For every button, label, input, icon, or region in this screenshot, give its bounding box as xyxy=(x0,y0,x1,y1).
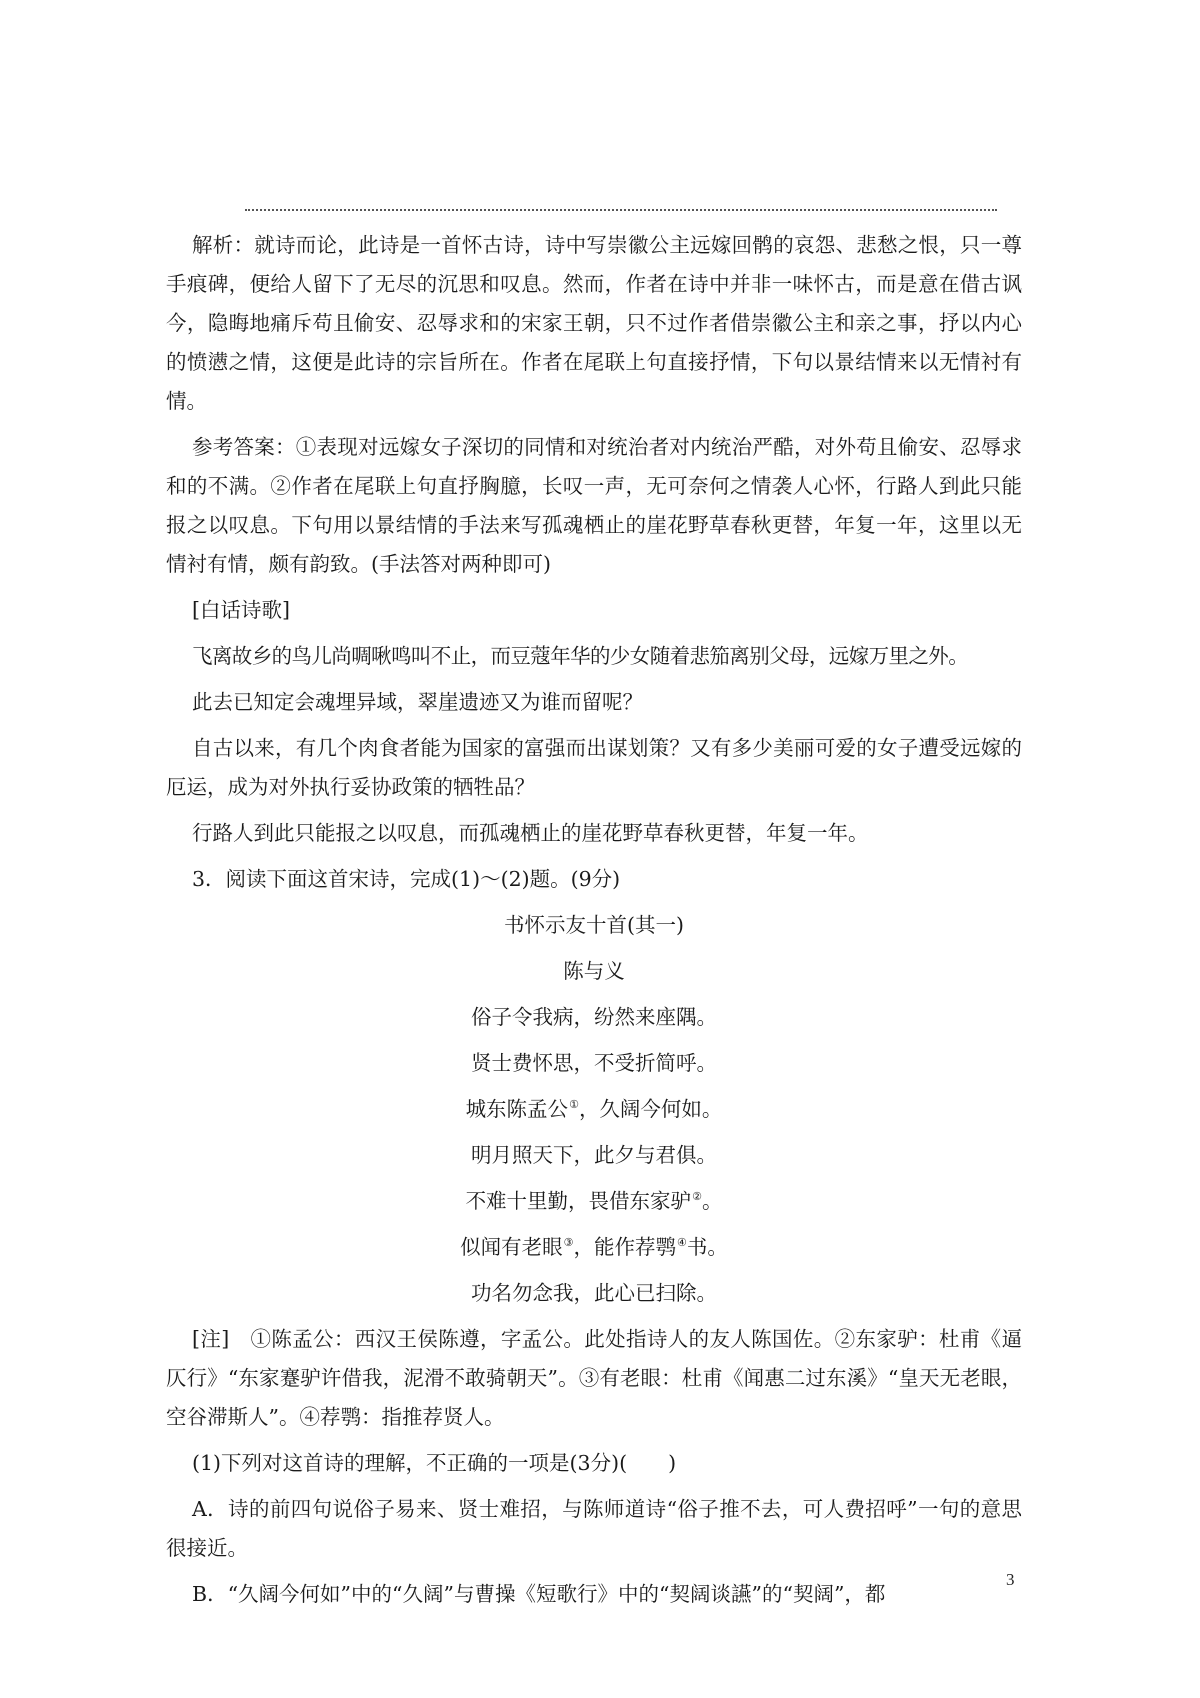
vernacular-line: 行路人到此只能报之以叹息，而孤魂栖止的崖花野草春秋更替，年复一年。 xyxy=(166,814,1022,853)
poem-line-text: 不难十里勤，畏借东家驴 xyxy=(466,1189,692,1213)
poem-line-text: ，久阔今何如。 xyxy=(579,1097,723,1121)
option-b: B．“久阔今何如”中的“久阔”与曹操《短歌行》中的“契阔谈讌”的“契阔”，都 xyxy=(166,1575,1022,1614)
poem-line-text: 俗子令我病，纷然来座隅。 xyxy=(471,1005,717,1029)
poem-line: 不难十里勤，畏借东家驴②。 xyxy=(166,1182,1022,1221)
poem-line: 贤士费怀思，不受折简呼。 xyxy=(166,1044,1022,1083)
reference-answer-paragraph: 参考答案：①表现对远嫁女子深切的同情和对统治者对内统治严酷，对外苟且偷安、忍辱求… xyxy=(166,428,1022,584)
analysis-paragraph: 解析：就诗而论，此诗是一首怀古诗，诗中写崇徽公主远嫁回鹘的哀怨、悲愁之恨，只一尊… xyxy=(166,226,1022,421)
reference-answer-label: 参考答案： xyxy=(192,435,296,459)
footnote-marker: ① xyxy=(569,1098,579,1111)
vernacular-heading: [白话诗歌] xyxy=(166,591,1022,630)
option-b-text: “久阔今何如”中的“久阔”与曹操《短歌行》中的“契阔谈讌”的“契阔”，都 xyxy=(228,1582,886,1606)
notes-label: [注] xyxy=(192,1327,229,1351)
analysis-label: 解析： xyxy=(192,233,254,257)
notes-text: ①陈孟公：西汉王侯陈遵，字孟公。此处指诗人的友人陈国佐。②东家驴：杜甫《逼仄行》… xyxy=(166,1327,1022,1429)
poem-line-text: 贤士费怀思，不受折简呼。 xyxy=(471,1051,717,1075)
vernacular-line: 自古以来，有几个肉食者能为国家的富强而出谋划策？又有多少美丽可爱的女子遭受远嫁的… xyxy=(166,729,1022,807)
option-a: A．诗的前四句说俗子易来、贤士难招，与陈师道诗“俗子推不去，可人费招呼”一句的意… xyxy=(166,1490,1022,1568)
poem-author: 陈与义 xyxy=(166,952,1022,991)
poem-line-text: 。 xyxy=(702,1189,723,1213)
poem-line: 似闻有老眼③，能作荐鹗④书。 xyxy=(166,1228,1022,1267)
poem-line-text: 城东陈孟公 xyxy=(466,1097,569,1121)
footnote-marker: ④ xyxy=(677,1236,687,1249)
poem-notes: [注] ①陈孟公：西汉王侯陈遵，字孟公。此处指诗人的友人陈国佐。②东家驴：杜甫《… xyxy=(166,1320,1022,1437)
poem-line: 俗子令我病，纷然来座隅。 xyxy=(166,998,1022,1037)
poem-line: 明月照天下，此夕与君俱。 xyxy=(166,1136,1022,1175)
poem-line-text: 书。 xyxy=(687,1235,728,1259)
page-number: 3 xyxy=(1006,1570,1015,1590)
option-a-text: 诗的前四句说俗子易来、贤士难招，与陈师道诗“俗子推不去，可人费招呼”一句的意思很… xyxy=(166,1497,1022,1560)
document-page: 解析：就诗而论，此诗是一首怀古诗，诗中写崇徽公主远嫁回鹘的哀怨、悲愁之恨，只一尊… xyxy=(0,0,1200,1698)
sub-question-1-prompt: (1)下列对这首诗的理解，不正确的一项是(3分)( ) xyxy=(166,1444,1022,1483)
vernacular-line: 此去已知定会魂埋异域，翠崖遗迹又为谁而留呢？ xyxy=(166,683,1022,722)
page-content: 解析：就诗而论，此诗是一首怀古诗，诗中写崇徽公主远嫁回鹘的哀怨、悲愁之恨，只一尊… xyxy=(166,226,1022,1621)
poem-line-text: ，能作荐鹗 xyxy=(574,1235,677,1259)
poem-line-text: 功名勿念我，此心已扫除。 xyxy=(471,1281,717,1305)
vernacular-line: 飞离故乡的鸟儿尚啁啾鸣叫不止，而豆蔻年华的少女随着悲笳离别父母，远嫁万里之外。 xyxy=(166,637,1022,676)
option-a-label: A． xyxy=(192,1497,228,1521)
option-b-label: B． xyxy=(192,1582,228,1606)
footnote-marker: ② xyxy=(692,1190,702,1203)
question-3-prompt: 3．阅读下面这首宋诗，完成(1)～(2)题。(9分) xyxy=(166,860,1022,899)
poem-line-text: 明月照天下，此夕与君俱。 xyxy=(471,1143,717,1167)
poem-line: 城东陈孟公①，久阔今何如。 xyxy=(166,1090,1022,1129)
footnote-marker: ③ xyxy=(564,1236,574,1249)
poem-title: 书怀示友十首(其一) xyxy=(166,906,1022,945)
analysis-text: 就诗而论，此诗是一首怀古诗，诗中写崇徽公主远嫁回鹘的哀怨、悲愁之恨，只一尊手痕碑… xyxy=(166,233,1022,413)
poem-line-text: 似闻有老眼 xyxy=(460,1235,563,1259)
poem-line: 功名勿念我，此心已扫除。 xyxy=(166,1274,1022,1313)
header-dotted-divider xyxy=(245,209,997,211)
